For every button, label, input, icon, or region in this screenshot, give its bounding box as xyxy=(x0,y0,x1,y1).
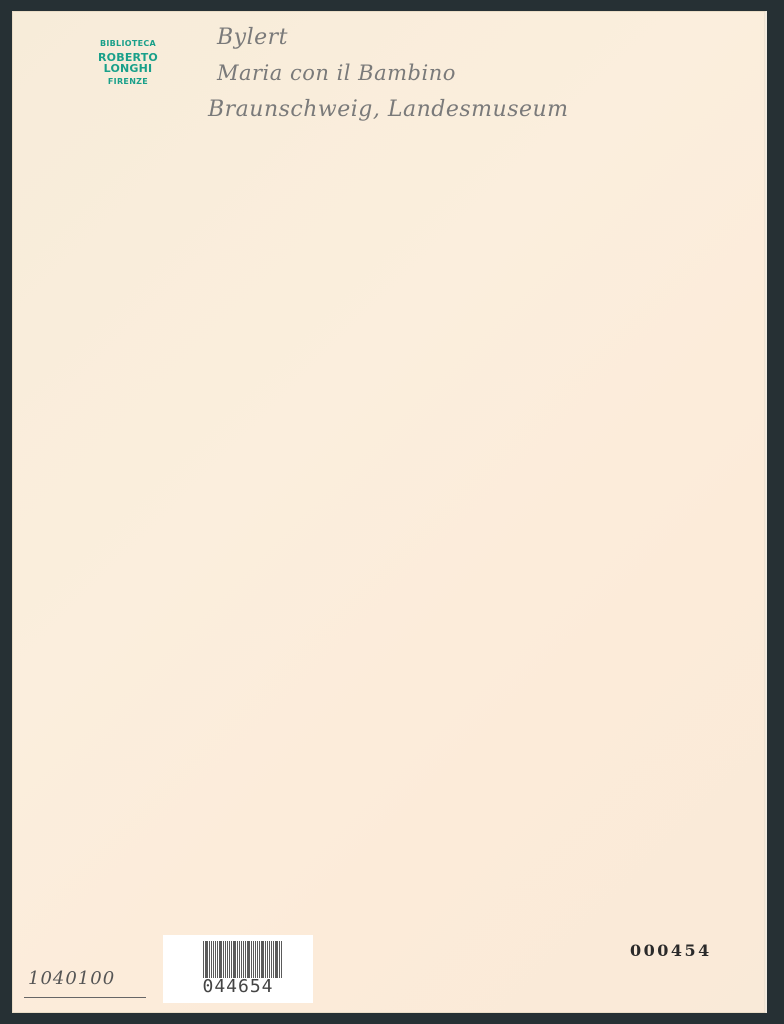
handwritten-accession-number: 1040100 xyxy=(28,968,115,989)
barcode-number: 044654 xyxy=(163,976,313,997)
inventory-number: 000454 xyxy=(630,941,712,960)
stamp-line-firenze: FIRENZE xyxy=(72,78,184,86)
handwritten-title: Maria con il Bambino xyxy=(217,61,456,85)
scanned-photo-verso: BIBLIOTECA ROBERTO LONGHI FIRENZE Bylert… xyxy=(0,0,784,1024)
stamp-line-biblioteca: BIBLIOTECA xyxy=(72,40,184,48)
handwritten-artist: Bylert xyxy=(217,25,288,50)
accession-underline xyxy=(24,997,146,998)
photo-card-back: BIBLIOTECA ROBERTO LONGHI FIRENZE Bylert… xyxy=(12,11,767,1013)
handwritten-location: Braunschweig, Landesmuseum xyxy=(208,97,569,122)
library-stamp: BIBLIOTECA ROBERTO LONGHI FIRENZE xyxy=(72,40,184,86)
stamp-line-roberto-longhi: ROBERTO LONGHI xyxy=(72,52,184,74)
barcode-label: 044654 xyxy=(163,935,313,1003)
barcode-icon xyxy=(203,941,283,978)
